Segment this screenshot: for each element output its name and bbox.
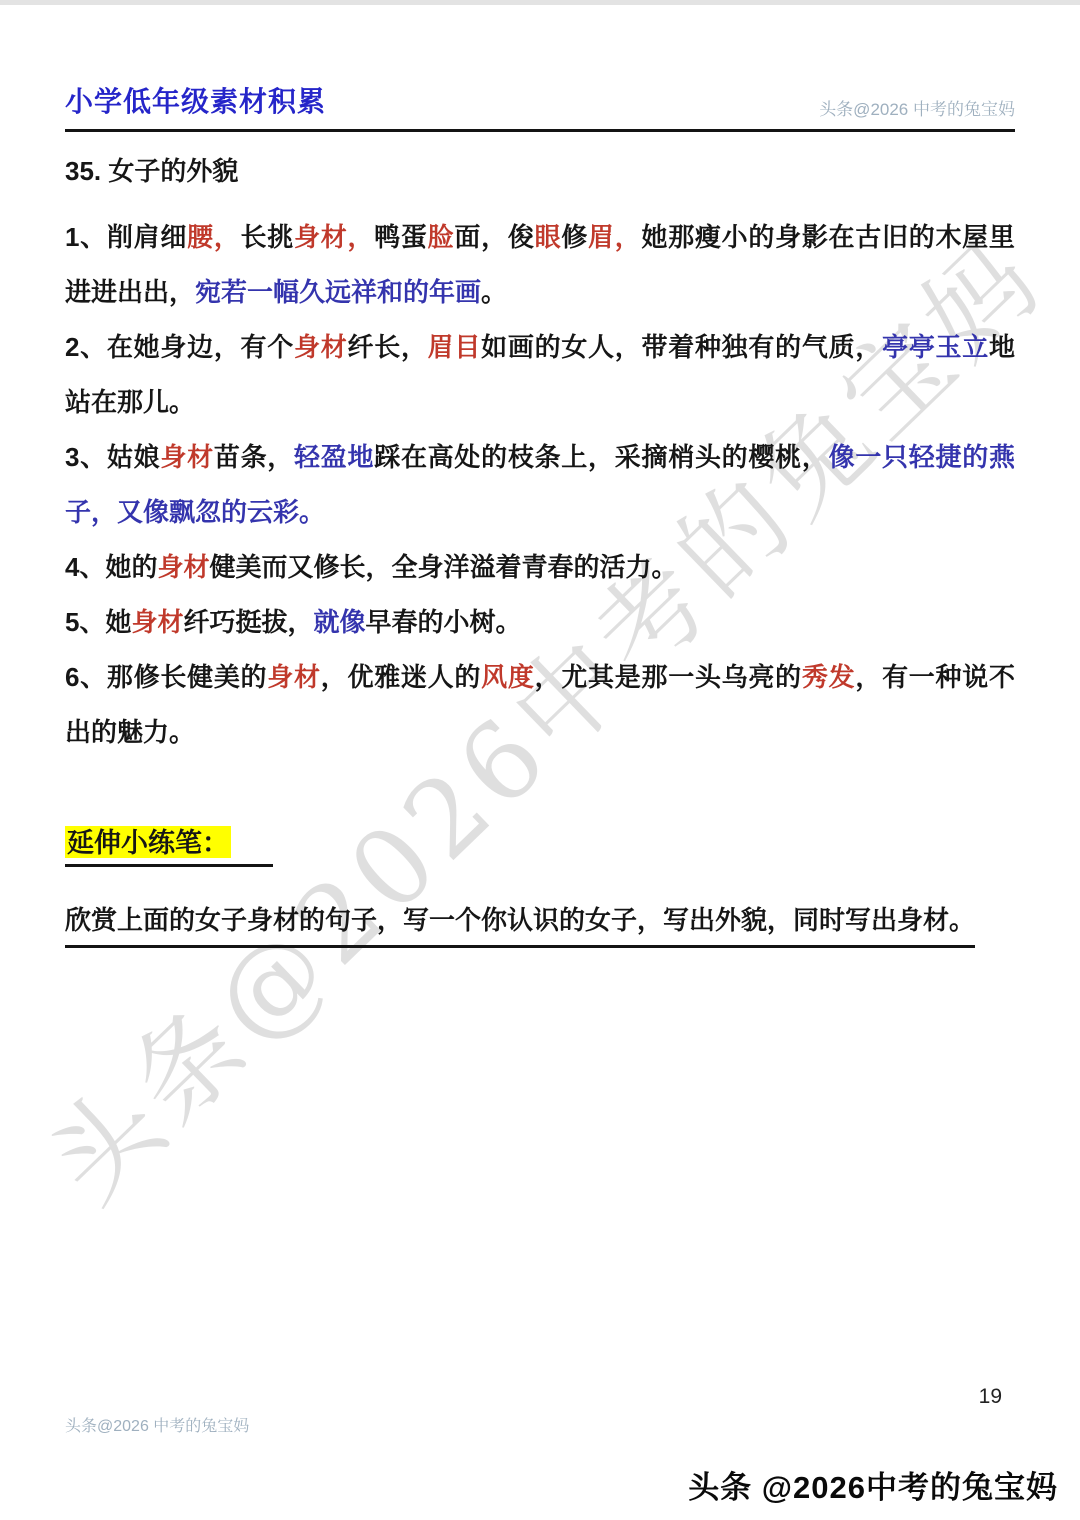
text-segment: 秀发 <box>802 662 855 692</box>
header-credit: 头条@2026 中考的兔宝妈 <box>819 95 1015 120</box>
text-segment: 眉， <box>588 222 641 252</box>
document-page: 头条@2026中考的兔宝妈 小学低年级素材积累 头条@2026 中考的兔宝妈 3… <box>0 0 1080 1520</box>
text-segment: 健美而又修长，全身洋溢着青春的活力。 <box>209 552 677 582</box>
text-segment: 轻盈地 <box>294 442 374 472</box>
text-segment: 2、在她身边，有个 <box>65 332 294 362</box>
text-segment: 脸 <box>428 222 455 252</box>
text-segment: ，优雅迷人的 <box>321 662 481 692</box>
sentence-item: 5、她身材纤巧挺拔，就像早春的小树。 <box>65 595 1015 650</box>
footer-credit: 头条@2026 中考的兔宝妈 <box>65 1413 249 1436</box>
sentence-item: 1、削肩细腰，长挑身材，鸭蛋脸面，俊眼修眉，她那瘦小的身影在古旧的木屋里进进出出… <box>65 210 1015 320</box>
text-segment: 身材 <box>267 662 320 692</box>
text-segment: 早春的小树。 <box>366 607 522 637</box>
text-segment: 亭亭玉立 <box>882 332 989 362</box>
text-segment: ，尤其是那一头乌亮的 <box>535 662 802 692</box>
practice-title: 延伸小练笔： <box>65 822 273 867</box>
text-segment: 3、姑娘 <box>65 442 160 472</box>
text-segment: 纤巧挺拔， <box>183 607 313 637</box>
text-segment: 就像 <box>314 607 366 637</box>
author-stamp: 头条 @2026中考的兔宝妈 <box>688 1462 1058 1507</box>
page-header: 小学低年级素材积累 头条@2026 中考的兔宝妈 <box>65 0 1015 132</box>
sentence-list: 1、削肩细腰，长挑身材，鸭蛋脸面，俊眼修眉，她那瘦小的身影在古旧的木屋里进进出出… <box>65 210 1015 760</box>
text-segment: 苗条， <box>214 442 294 472</box>
practice-section: 延伸小练笔： 欣赏上面的女子身材的句子，写一个你认识的女子，写出外貌，同时写出身… <box>65 822 1015 948</box>
text-segment: 1、削肩细 <box>65 222 187 252</box>
text-segment: 纤长， <box>347 332 427 362</box>
sentence-item: 3、姑娘身材苗条，轻盈地踩在高处的枝条上，采摘梢头的樱桃，像一只轻捷的燕子，又像… <box>65 430 1015 540</box>
sentence-item: 6、那修长健美的身材，优雅迷人的风度，尤其是那一头乌亮的秀发，有一种说不出的魅力… <box>65 650 1015 760</box>
text-segment: 6、那修长健美的 <box>65 662 267 692</box>
text-segment: 。 <box>481 277 507 307</box>
text-segment: 风度 <box>481 662 534 692</box>
content-area: 35. 女子的外貌 1、削肩细腰，长挑身材，鸭蛋脸面，俊眼修眉，她那瘦小的身影在… <box>65 148 1015 948</box>
text-segment: 4、她的 <box>65 552 157 582</box>
text-segment: 身材 <box>131 607 183 637</box>
practice-instruction: 欣赏上面的女子身材的句子，写一个你认识的女子，写出外貌，同时写出身材。 <box>65 895 975 948</box>
page-title: 小学低年级素材积累 <box>65 80 326 120</box>
text-segment: 鸭蛋 <box>374 222 427 252</box>
text-segment: 眼 <box>535 222 562 252</box>
section-heading: 35. 女子的外貌 <box>65 148 1015 194</box>
page-number: 19 <box>979 1385 1002 1409</box>
text-segment: 身材 <box>160 442 213 472</box>
text-segment: 5、她 <box>65 607 131 637</box>
text-segment: 面，俊 <box>454 222 534 252</box>
text-segment: 身材， <box>294 222 374 252</box>
text-segment: 宛若一幅久远祥和的年画 <box>195 277 481 307</box>
text-segment: 修 <box>561 222 588 252</box>
practice-title-highlight: 延伸小练笔： <box>65 826 231 858</box>
sentence-item: 4、她的身材健美而又修长，全身洋溢着青春的活力。 <box>65 540 1015 595</box>
text-segment: 身材 <box>294 332 347 362</box>
text-segment: 长挑 <box>241 222 294 252</box>
text-segment: 身材 <box>157 552 209 582</box>
text-segment: 腰， <box>187 222 240 252</box>
text-segment: 如画的女人，带着种独有的气质， <box>481 332 882 362</box>
text-segment: 眉目 <box>428 332 481 362</box>
sentence-item: 2、在她身边，有个身材纤长，眉目如画的女人，带着种独有的气质，亭亭玉立地站在那儿… <box>65 320 1015 430</box>
text-segment: 踩在高处的枝条上，采摘梢头的樱桃， <box>374 442 828 472</box>
